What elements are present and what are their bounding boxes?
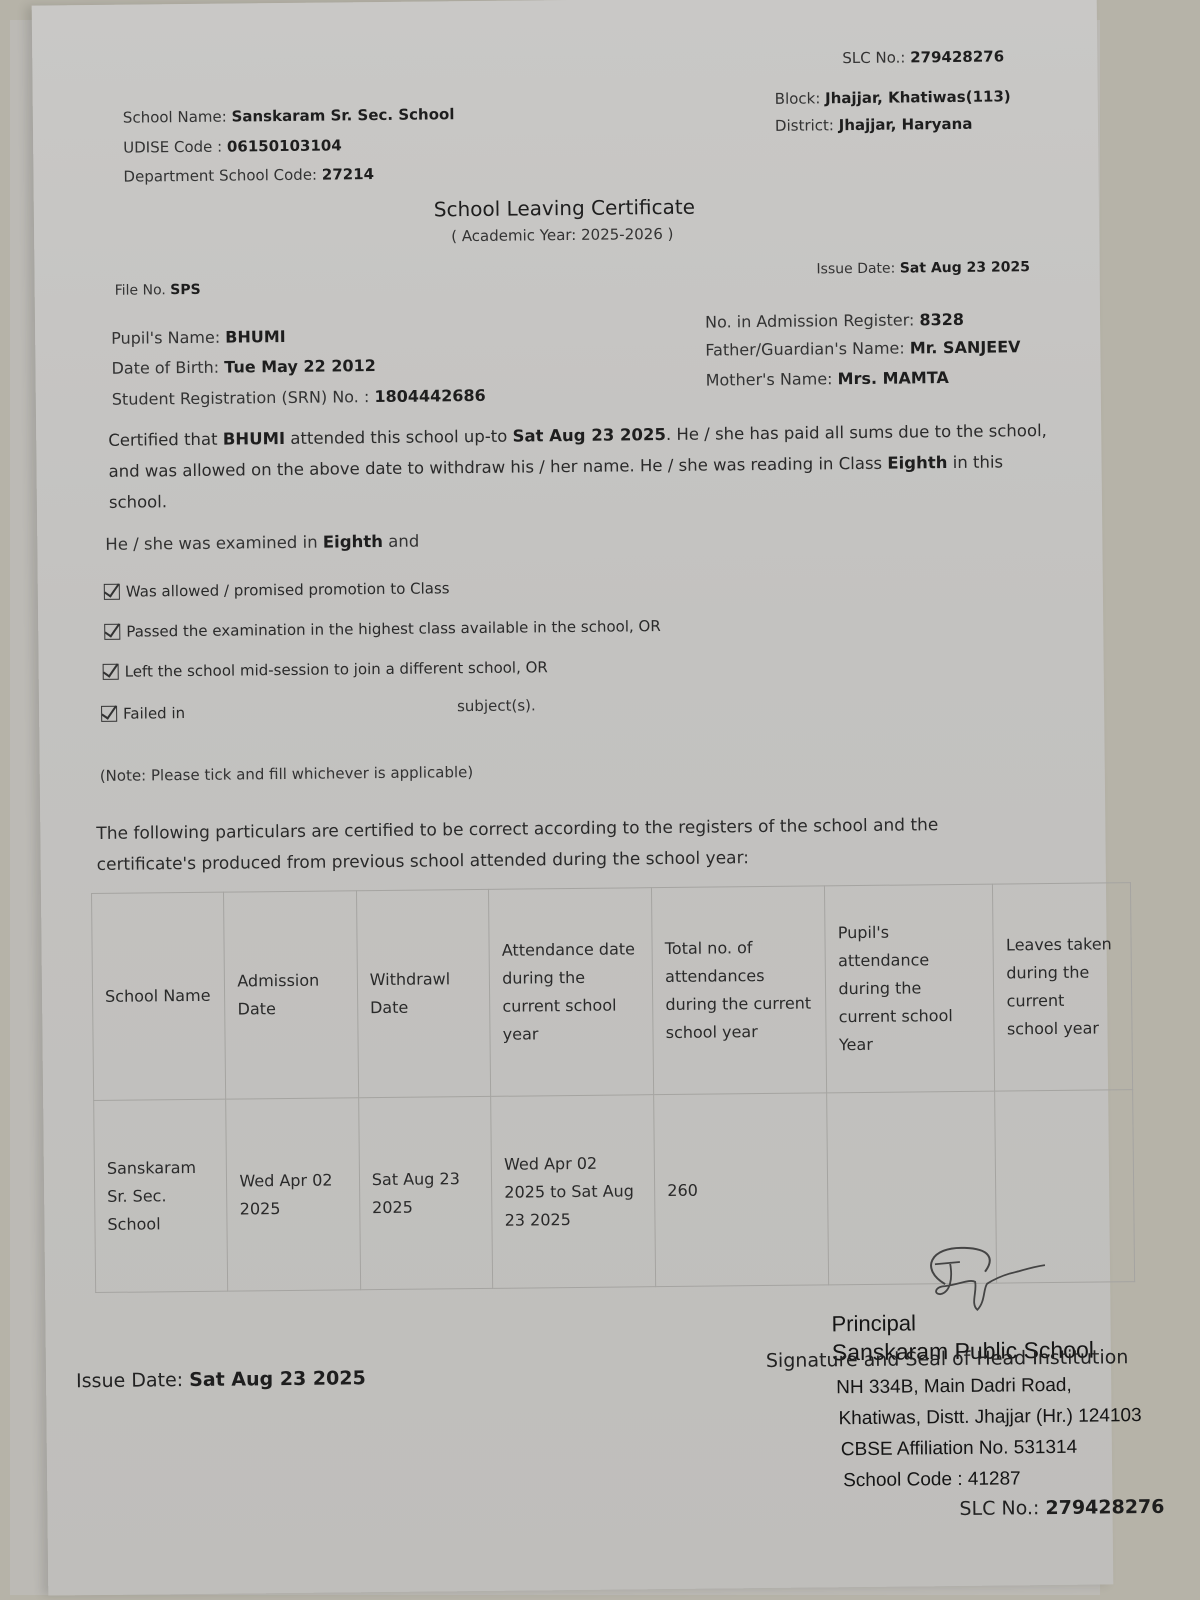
father-label: Father/Guardian's Name: — [705, 338, 905, 359]
udise-label: UDISE Code : — [123, 138, 222, 157]
checkbox-checked-icon[interactable] — [101, 706, 117, 722]
block: Block: Jhajjar, Khatiwas(113) — [775, 87, 1011, 107]
footer-issue-value: Sat Aug 23 2025 — [189, 1367, 366, 1391]
slc-number-bottom: SLC No.: 279428276 — [959, 1496, 1164, 1520]
school-name: School Name: Sanskaram Sr. Sec. School — [123, 105, 455, 126]
cert-text-1: Certified that — [108, 430, 223, 450]
dept-code-label: Department School Code: — [123, 166, 317, 186]
file-label: File No. — [115, 282, 166, 299]
cell-school-name: Sanskaram Sr. Sec. School — [94, 1099, 228, 1292]
stamp-address-1: NH 334B, Main Dadri Road, — [836, 1375, 1072, 1399]
stamp-affiliation: CBSE Affiliation No. 531314 — [841, 1437, 1077, 1461]
certificate-page: SLC No.: 279428276 School Name: Sanskara… — [32, 0, 1114, 1596]
father-value: Mr. SANJEEV — [910, 337, 1021, 357]
checkbox-checked-icon[interactable] — [104, 584, 120, 600]
particulars-table: School Name Admission Date Withdrawl Dat… — [91, 882, 1135, 1293]
udise-value: 06150103104 — [227, 136, 342, 155]
checkbox-checked-icon[interactable] — [103, 664, 119, 680]
option-passed-highest[interactable]: Passed the examination in the highest cl… — [104, 617, 661, 641]
failed-subjects-suffix: subject(s). — [457, 696, 536, 715]
mother-value: Mrs. MAMTA — [837, 368, 948, 388]
signature-label: Signature and Seal of Head Institution — [766, 1346, 1129, 1372]
block-label: Block: — [775, 89, 821, 107]
option-left-midsession[interactable]: Left the school mid-session to join a di… — [103, 658, 548, 681]
file-number: File No. SPS — [115, 282, 201, 299]
school-name-label: School Name: — [123, 108, 227, 127]
father-name: Father/Guardian's Name: Mr. SANJEEV — [705, 337, 1020, 359]
examined-prefix: He / she was examined in — [105, 533, 323, 554]
checkbox-checked-icon[interactable] — [104, 624, 120, 640]
admission-register-number: No. in Admission Register: 8328 — [705, 310, 964, 332]
issue-value: Sat Aug 23 2025 — [900, 259, 1030, 276]
option-promotion[interactable]: Was allowed / promised promotion to Clas… — [104, 579, 450, 601]
issue-date-bottom: Issue Date: Sat Aug 23 2025 — [76, 1367, 366, 1392]
pupil-name-label: Pupil's Name: — [111, 328, 220, 348]
option-label: Was allowed / promised promotion to Clas… — [126, 579, 450, 600]
footer-slc-value: 279428276 — [1045, 1496, 1164, 1519]
certificate-title: School Leaving Certificate — [434, 195, 695, 222]
option-failed[interactable]: Failed in — [101, 704, 185, 723]
examined-class: Eighth — [323, 532, 383, 552]
admission-no-value: 8328 — [919, 310, 964, 329]
stamp-address-2: Khatiwas, Distt. Jhajjar (Hr.) 124103 — [838, 1405, 1141, 1430]
file-value: SPS — [170, 282, 201, 298]
footer-slc-label: SLC No.: — [959, 1497, 1039, 1520]
dept-code-value: 27214 — [322, 165, 374, 184]
header-admission-date: Admission Date — [224, 891, 359, 1099]
udise-code: UDISE Code : 06150103104 — [123, 136, 342, 156]
admission-no-label: No. in Admission Register: — [705, 310, 914, 331]
cell-total-attendances: 260 — [654, 1093, 829, 1287]
academic-year: ( Academic Year: 2025-2026 ) — [451, 225, 673, 245]
header-pupil-attendance: Pupil's attendance during the current sc… — [825, 884, 995, 1093]
examined-suffix: and — [383, 532, 419, 551]
examined-line: He / she was examined in Eighth and — [105, 532, 419, 554]
department-code: Department School Code: 27214 — [123, 165, 374, 186]
header-leaves-taken: Leaves taken during the current school y… — [993, 883, 1133, 1091]
mother-name: Mother's Name: Mrs. MAMTA — [706, 368, 949, 390]
district: District: Jhajjar, Haryana — [775, 115, 973, 135]
dob-label: Date of Birth: — [111, 358, 219, 378]
cell-admission-date: Wed Apr 02 2025 — [226, 1098, 360, 1291]
principal-title: Principal — [831, 1310, 916, 1337]
district-label: District: — [775, 116, 834, 135]
block-value: Jhajjar, Khatiwas(113) — [825, 87, 1011, 107]
slc-value: 279428276 — [910, 47, 1004, 66]
pupil-name-value: BHUMI — [225, 327, 286, 347]
footer-issue-label: Issue Date: — [76, 1369, 183, 1392]
option-label: Failed in — [123, 704, 185, 723]
header-school-name: School Name — [92, 892, 227, 1100]
table-header-row: School Name Admission Date Withdrawl Dat… — [92, 883, 1133, 1101]
cert-date: Sat Aug 23 2025 — [512, 425, 666, 446]
cert-text-2: attended this school up-to — [285, 427, 513, 448]
option-label: Left the school mid-session to join a di… — [125, 658, 548, 680]
slc-label: SLC No.: — [842, 48, 905, 67]
srn-label: Student Registration (SRN) No. : — [112, 387, 370, 409]
issue-date-top: Issue Date: Sat Aug 23 2025 — [816, 259, 1030, 277]
issue-label: Issue Date: — [816, 261, 895, 278]
slc-number-top: SLC No.: 279428276 — [842, 47, 1004, 67]
srn-value: 1804442686 — [374, 386, 486, 406]
header-attendance-dates: Attendance date during the current schoo… — [489, 888, 654, 1097]
dob-value: Tue May 22 2012 — [224, 356, 376, 377]
particulars-intro: The following particulars are certified … — [96, 809, 1027, 881]
date-of-birth: Date of Birth: Tue May 22 2012 — [111, 356, 375, 378]
mother-label: Mother's Name: — [706, 369, 833, 389]
cell-withdrawal-date: Sat Aug 23 2025 — [358, 1096, 492, 1289]
pupil-name: Pupil's Name: BHUMI — [111, 327, 286, 348]
school-name-value: Sanskaram Sr. Sec. School — [231, 105, 454, 125]
option-label: Passed the examination in the highest cl… — [126, 617, 661, 641]
header-total-attendances: Total no. of attendances during the curr… — [652, 886, 827, 1095]
srn-number: Student Registration (SRN) No. : 1804442… — [112, 386, 486, 409]
district-value: Jhajjar, Haryana — [839, 115, 973, 134]
note: (Note: Please tick and fill whichever is… — [100, 763, 474, 785]
stamp-school-code: School Code : 41287 — [843, 1468, 1021, 1492]
cert-pupil-name: BHUMI — [223, 429, 286, 449]
principal-signature-icon — [915, 1243, 1066, 1315]
cell-attendance-dates: Wed Apr 02 2025 to Sat Aug 23 2025 — [491, 1095, 656, 1289]
header-withdrawal-date: Withdrawl Date — [356, 889, 491, 1097]
certification-paragraph: Certified that BHUMI attended this schoo… — [108, 415, 1059, 518]
cert-class: Eighth — [887, 453, 947, 473]
